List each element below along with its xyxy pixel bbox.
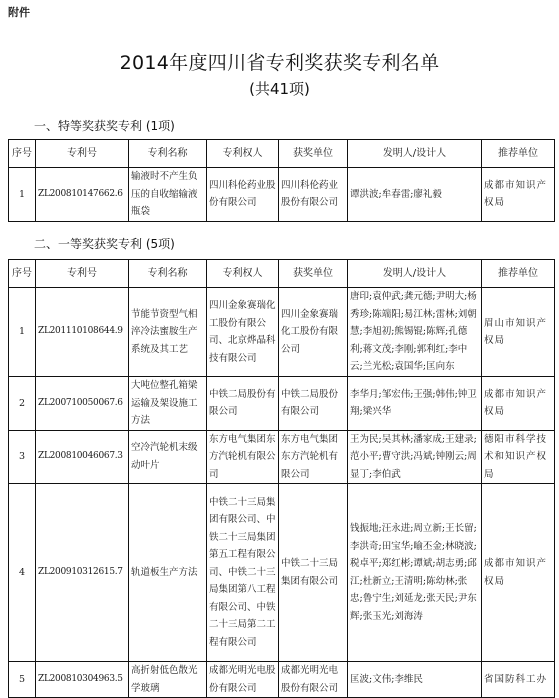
cell-index: 1 [9, 168, 36, 222]
table-header-row: 序号 专利号 专利名称 专利权人 获奖单位 发明人/设计人 推荐单位 [9, 140, 555, 168]
document-subtitle: (共41项) [0, 78, 559, 99]
cell-awarded-unit: 四川金象赛瑞化工股份有限公司 [279, 288, 348, 377]
cell-index: 1 [9, 288, 36, 377]
cell-inventors: 李华月;邹宏伟;王强;韩伟;钟卫翔;梁兴华 [348, 377, 482, 431]
cell-patent-no: ZL200710050067.6 [36, 377, 129, 431]
cell-inventors: 谭洪波;牟春雷;廖礼毅 [348, 168, 482, 222]
cell-inventors: 匡波;文伟;李维民 [348, 662, 482, 698]
cell-owner: 四川科伦药业股份有限公司 [207, 168, 279, 222]
cell-recommender: 成都市知识产权局 [482, 168, 555, 222]
cell-owner: 成都光明光电股份有限公司 [207, 662, 279, 698]
cell-awarded-unit: 四川科伦药业股份有限公司 [279, 168, 348, 222]
section-heading-special-prize: 一、特等奖获奖专利 (1项) [34, 117, 175, 134]
cell-recommender: 德阳市科学技术和知识产权局 [482, 430, 555, 484]
cell-inventors: 王为民;吴其林;潘家成;王建录;范小平;曹守洪;冯斌;钟刚云;周显丁;李伯武 [348, 430, 482, 484]
col-header-inventors: 发明人/设计人 [348, 140, 482, 168]
cell-patent-name: 轨道板生产方法 [129, 484, 207, 662]
col-header-index: 序号 [9, 260, 36, 288]
col-header-awarded-unit: 获奖单位 [279, 260, 348, 288]
cell-owner: 中铁二局股份有限公司 [207, 377, 279, 431]
col-header-owner: 专利权人 [207, 140, 279, 168]
cell-index: 5 [9, 662, 36, 698]
col-header-patent-no: 专利号 [36, 140, 129, 168]
cell-owner: 东方电气集团东方汽轮机有限公司 [207, 430, 279, 484]
cell-awarded-unit: 中铁二十三局集团有限公司 [279, 484, 348, 662]
table-row: 2 ZL200710050067.6 大吨位整孔箱梁运输及架设施工方法 中铁二局… [9, 377, 555, 431]
cell-awarded-unit: 东方电气集团东方汽轮机有限公司 [279, 430, 348, 484]
col-header-patent-name: 专利名称 [129, 260, 207, 288]
col-header-awarded-unit: 获奖单位 [279, 140, 348, 168]
cell-patent-name: 大吨位整孔箱梁运输及架设施工方法 [129, 377, 207, 431]
cell-index: 3 [9, 430, 36, 484]
first-prize-table: 序号 专利号 专利名称 专利权人 获奖单位 发明人/设计人 推荐单位 1 ZL2… [8, 259, 555, 698]
cell-awarded-unit: 中铁二局股份有限公司 [279, 377, 348, 431]
col-header-patent-no: 专利号 [36, 260, 129, 288]
table-row: 1 ZL200810147662.6 输液时不产生负压的自收缩输液瓶袋 四川科伦… [9, 168, 555, 222]
cell-recommender: 成都市知识产权局 [482, 484, 555, 662]
cell-patent-no: ZL200810046067.3 [36, 430, 129, 484]
cell-patent-name: 空冷汽轮机末级动叶片 [129, 430, 207, 484]
cell-recommender: 省国防科工办 [482, 662, 555, 698]
cell-inventors: 钱振地;汪永进;周立新;王长留;李洪奇;田宝华;喻丕金;林晓波;税卓平;郑红彬;… [348, 484, 482, 662]
cell-awarded-unit: 成都光明光电股份有限公司 [279, 662, 348, 698]
cell-patent-no: ZL200810147662.6 [36, 168, 129, 222]
col-header-patent-name: 专利名称 [129, 140, 207, 168]
cell-patent-no: ZL200910312615.7 [36, 484, 129, 662]
col-header-index: 序号 [9, 140, 36, 168]
cell-owner: 四川金象赛瑞化工股份有限公司、北京烨晶科技有限公司 [207, 288, 279, 377]
cell-recommender: 成都市知识产权局 [482, 377, 555, 431]
col-header-recommender: 推荐单位 [482, 260, 555, 288]
cell-patent-no: ZL200810304963.5 [36, 662, 129, 698]
cell-patent-name: 节能节资型气相淬冷法蜜胺生产系统及其工艺 [129, 288, 207, 377]
cell-patent-no: ZL201110108644.9 [36, 288, 129, 377]
section-heading-first-prize: 二、一等奖获奖专利 (5项) [34, 235, 175, 252]
table-row: 3 ZL200810046067.3 空冷汽轮机末级动叶片 东方电气集团东方汽轮… [9, 430, 555, 484]
cell-patent-name: 输液时不产生负压的自收缩输液瓶袋 [129, 168, 207, 222]
col-header-owner: 专利权人 [207, 260, 279, 288]
col-header-inventors: 发明人/设计人 [348, 260, 482, 288]
special-prize-table: 序号 专利号 专利名称 专利权人 获奖单位 发明人/设计人 推荐单位 1 ZL2… [8, 139, 555, 222]
cell-owner: 中铁二十三局集团有限公司、中铁二十三局集团第五工程有限公司、中铁二十三局集团第八… [207, 484, 279, 662]
cell-recommender: 眉山市知识产权局 [482, 288, 555, 377]
attachment-label: 附件 [8, 4, 30, 20]
cell-inventors: 唐印;袁仲武;龚元德;尹明大;杨秀珍;陈端阳;易江林;雷林;刘朝慧;李旭初;熊锡… [348, 288, 482, 377]
cell-patent-name: 高折射低色散光学玻璃 [129, 662, 207, 698]
cell-index: 4 [9, 484, 36, 662]
col-header-recommender: 推荐单位 [482, 140, 555, 168]
table-row: 4 ZL200910312615.7 轨道板生产方法 中铁二十三局集团有限公司、… [9, 484, 555, 662]
table-header-row: 序号 专利号 专利名称 专利权人 获奖单位 发明人/设计人 推荐单位 [9, 260, 555, 288]
cell-index: 2 [9, 377, 36, 431]
document-title: 2014年度四川省专利奖获奖专利名单 [0, 48, 559, 75]
table-row: 1 ZL201110108644.9 节能节资型气相淬冷法蜜胺生产系统及其工艺 … [9, 288, 555, 377]
table-row: 5 ZL200810304963.5 高折射低色散光学玻璃 成都光明光电股份有限… [9, 662, 555, 698]
